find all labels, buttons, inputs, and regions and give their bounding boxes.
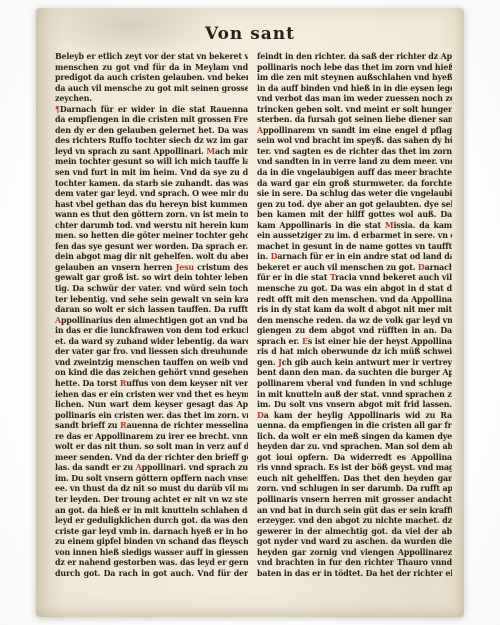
text-line: zorn. vnd schlugen in ser darumb. Da ruf…	[257, 484, 452, 495]
text-columns: Beleyb er etlich zeyt vor der stat vn be…	[36, 45, 464, 579]
text-line: sein wol vnd bracht im speyß. das sahen …	[257, 136, 452, 147]
text-line: dem vater gar leyd. vnd sprach. O wee mi…	[55, 189, 248, 200]
text-column-right: feindt in den richter. da saß der richte…	[257, 52, 452, 579]
text-line: den mensche reden. da wz de volk gar ley…	[257, 316, 452, 327]
text-line: sandt brieff zu Rauenna de richter messe…	[55, 421, 248, 432]
text-line: Beleyb er etlich zeyt vor der stat vn be…	[55, 52, 248, 63]
text-line: Appollinarius den almechtigen got an vnd…	[55, 316, 248, 327]
text-line: in mit knutteln auß der stat. vnnd sprac…	[257, 390, 452, 401]
rubricated-text: R	[120, 379, 126, 388]
text-line: im. Du solt vnsern göttern opffern nach …	[55, 474, 248, 485]
text-line: in. Darnach für er in ein andre stat od …	[257, 252, 452, 263]
text-line: mein tochter gesunt so will ich mich tau…	[55, 157, 248, 168]
text-line: heyden dar zu. vnd sprachen. Man sol dem…	[257, 442, 452, 453]
text-line: pollinarem vberal vnd funden in vnd schl…	[257, 379, 452, 390]
text-line: Appollinarem vn sandt im eine engel d pf…	[257, 126, 452, 137]
text-line: chter darumb tod. vnd werstu nit herein …	[55, 221, 248, 232]
rubricated-text: Jesu	[176, 263, 194, 272]
text-line: für er in die stat Tracia vnnd bekeret a…	[257, 273, 452, 284]
text-line: lichen. Nun wart dem keyser gesagt das A…	[55, 400, 248, 411]
text-line: hette. Da torst Ruffus von dem keyser ni…	[55, 379, 248, 390]
text-line: gen. Jch gib auch kein antwurt mer ir ve…	[257, 358, 452, 369]
text-line: tig. Da schwür der vater. vnd würd sein …	[55, 284, 248, 295]
text-line: kam Appollinaris in die stat Missia. da …	[257, 221, 452, 232]
text-line: da in die vngelaubigen auff das meer bra…	[257, 168, 452, 179]
text-line: da empfiengen in die cristen mit grossen…	[55, 115, 248, 126]
rubricated-text: A	[257, 126, 263, 135]
rubricated-text: D	[418, 263, 425, 272]
text-line: meer senden. Vnd da der richter den brie…	[55, 453, 248, 464]
text-line: trincken geben solt. vnd meint er solt h…	[257, 105, 452, 116]
text-line: leyd vn sprach zu sant Appollinari. Mach…	[55, 147, 248, 158]
text-line: lich. da wolt er ein meß singen da kamen…	[257, 432, 452, 443]
text-line: ter. vnd sagten es de richter das thet i…	[257, 147, 452, 158]
text-line: dz er nahend gestorben was. das leyd er …	[55, 558, 248, 569]
text-line: pollinaris noch lebe das thet im zorn vn…	[257, 63, 452, 74]
rubricated-text: A	[55, 316, 61, 325]
rubricated-text: M	[206, 147, 215, 156]
text-line: baten in das er in tödtet. Da het der ri…	[257, 569, 452, 580]
text-line: feindt in den richter. da saß der richte…	[257, 52, 452, 63]
text-line: gen zu tod. dye aber an got gelaubten. d…	[257, 200, 452, 211]
text-line: da ward gar ein groß sturmweter. da forc…	[257, 179, 452, 190]
text-line: vnd zweintzig menschen tauffen on weib v…	[55, 358, 248, 369]
text-line: wolt er das nit thun. so solt man in ver…	[55, 442, 248, 453]
text-line: da auch vil mensche zu got mit seinen gr…	[55, 84, 248, 95]
text-line: durch got. Da rach in got auch. Vnd für …	[55, 569, 248, 580]
text-line: et. da ward sy zuhand wider lebentig. da…	[55, 337, 248, 348]
text-line: ter lebentig. vnd sehe sein gewalt vn se…	[55, 295, 248, 306]
text-line: in das er die iunckfrawen von dem tod er…	[55, 326, 248, 337]
text-line: bekeret er auch vil menschen zu got. Dar…	[257, 263, 452, 274]
text-line: von innen hieß siedigs wasser auff in gi…	[55, 548, 248, 559]
text-line: menschen zu got vnd für da in Meylam vnd	[55, 63, 248, 74]
text-line: im. Du solt vns vnsern abgot mit frid la…	[257, 400, 452, 411]
text-line: got ioui opfern. Da widerredt es Appolli…	[257, 453, 452, 464]
text-line: redt offt mit den menschen. vnd da Appol…	[257, 295, 452, 306]
text-line: ter leyden. Der troung achtet er nit vn …	[55, 495, 248, 506]
text-line: im die zen mit steynen außschlahen vnd h…	[257, 73, 452, 84]
text-line: bent dann den man. da suchten die burger…	[257, 368, 452, 379]
text-line: vnd verbot das man im weder zuessen noch…	[257, 94, 452, 105]
text-line: machet in gesunt in de name gottes vn ta…	[257, 242, 452, 253]
text-line: an got. da hieß er in mit knutteln schla…	[55, 506, 248, 517]
scanned-page: Von sant Beleyb er etlich zeyt vor der s…	[0, 0, 500, 625]
text-line: pollinaris ein cristen wer. das thet im …	[55, 411, 248, 422]
text-line: pollinaris vnsern herren mit grosser and…	[257, 495, 452, 506]
text-line: mensche zu got. Da was ein abgot in d st…	[257, 284, 452, 295]
text-line: men. so hetten die göter meiner tochter …	[55, 231, 248, 242]
text-line: an vnd bat in durch sein güt das er sein…	[257, 506, 452, 517]
text-line: gewerer in der almechtig got. da viel de…	[257, 527, 452, 538]
text-line: got nyder vnd ward zu aschen. da wurden …	[257, 537, 452, 548]
text-line: giengen zu dem abgot vnd rüfften in an. …	[257, 326, 452, 337]
text-line: leyd er geduligklichen durch got. da was…	[55, 516, 248, 527]
book-leaf: Von sant Beleyb er etlich zeyt vor der s…	[36, 8, 464, 617]
rubricated-text: J	[278, 358, 282, 367]
text-line: fen das sye gesunt wer worden. Da sprach…	[55, 242, 248, 253]
text-line: sprach er. Es ist einer hie der heyst Ap…	[257, 337, 452, 348]
text-line: vnd sandten in in verre land zu dem meer…	[257, 157, 452, 168]
text-line: daran so wolt er sich lassen tauffen. Da…	[55, 305, 248, 316]
text-line: tochter kamen. da starb sie zuhandt. das…	[55, 179, 248, 190]
rubricated-text: A	[136, 463, 142, 472]
text-line: wann es thut den göttern zorn. vn ist me…	[55, 210, 248, 221]
text-line: ee. vn thust da dz nit so must du darüb …	[55, 484, 248, 495]
text-line: heyden gar zornig vnd viengen Appollinar…	[257, 548, 452, 559]
text-line: ben kamen mit der hilff gottes wol auß. …	[257, 210, 452, 221]
text-line: ris d hat mich oberwunde dz ich müß schw…	[257, 347, 452, 358]
rubricated-text: ¶	[55, 105, 60, 114]
text-line: in da auff binden vnd hieß in in die eys…	[257, 84, 452, 95]
text-line: vnd brachten in fur den richter Thauro v…	[257, 558, 452, 569]
text-line: re das er Appollinarem zu irer ee brecht…	[55, 432, 248, 443]
text-line: sen vnd furt in mit im heim. Vnd da sye …	[55, 168, 248, 179]
text-line: uenna. da empfiengen in die cristen all …	[257, 421, 452, 432]
text-line: ris in dy stat kam da wolt d abgot nit m…	[257, 305, 452, 316]
rubricated-text: T	[330, 273, 335, 282]
text-line: dein abgot mag dir nit gehelfen. wolt du…	[55, 252, 248, 263]
text-line: las. da sandt er zu Appollinari. vnd spr…	[55, 463, 248, 474]
text-line: euch nit gehelffen. Das thet den heyden …	[257, 474, 452, 485]
text-line: Da kam der heylig Appollinaris wid zu Ra	[257, 411, 452, 422]
text-column-left: Beleyb er etlich zeyt vor der stat vn be…	[55, 52, 248, 579]
text-line: des richters Ruffo tochter siech dz wz i…	[55, 136, 248, 147]
text-line: iehen das er ein cristen wer vnd thet es…	[55, 390, 248, 401]
rubricated-text: E	[302, 337, 308, 346]
text-line: ¶Darnach für er wider in die stat Rauenn…	[55, 105, 248, 116]
text-line: gewalt gar groß ist. so wirt dein tohter…	[55, 273, 248, 284]
rubricated-text: R	[120, 421, 127, 430]
text-line: predigot da auch cristen gelauben. vnd b…	[55, 73, 248, 84]
text-line: gelauben an vnsern herren Jesu cristum d…	[55, 263, 248, 274]
text-line: hast vbel gethan das du hereyn bist kumm…	[55, 200, 248, 211]
rubricated-text: D	[257, 411, 264, 420]
text-line: criste gar leyd vmb in. darnach hyeß er …	[55, 527, 248, 538]
text-line: den dy er den gelauben gelernet het. Da …	[55, 126, 248, 137]
text-line: erzeyger. vnd den abgot zu nichte machet…	[257, 516, 452, 527]
running-title: Von sant	[36, 23, 464, 45]
text-line: zu einem gipfel binden vn schand das fle…	[55, 537, 248, 548]
text-line: on kind die das zeichen gehört vnnd gese…	[55, 368, 248, 379]
rubricated-text: D	[271, 252, 278, 261]
rubricated-text: M	[385, 221, 394, 230]
text-line: ein aussetziger zu im. d erbarmet in ser…	[257, 231, 452, 242]
text-line: ris vnnd sprach. Es ist der böß geyst. v…	[257, 463, 452, 474]
text-line: der vater gar fro. vnd liessen sich dreu…	[55, 347, 248, 358]
text-line: zeychen.	[55, 94, 248, 105]
text-line: sterben. da fursah got seinen liebe dien…	[257, 115, 452, 126]
text-line: sie in sere. Da schlug das weter die vng…	[257, 189, 452, 200]
